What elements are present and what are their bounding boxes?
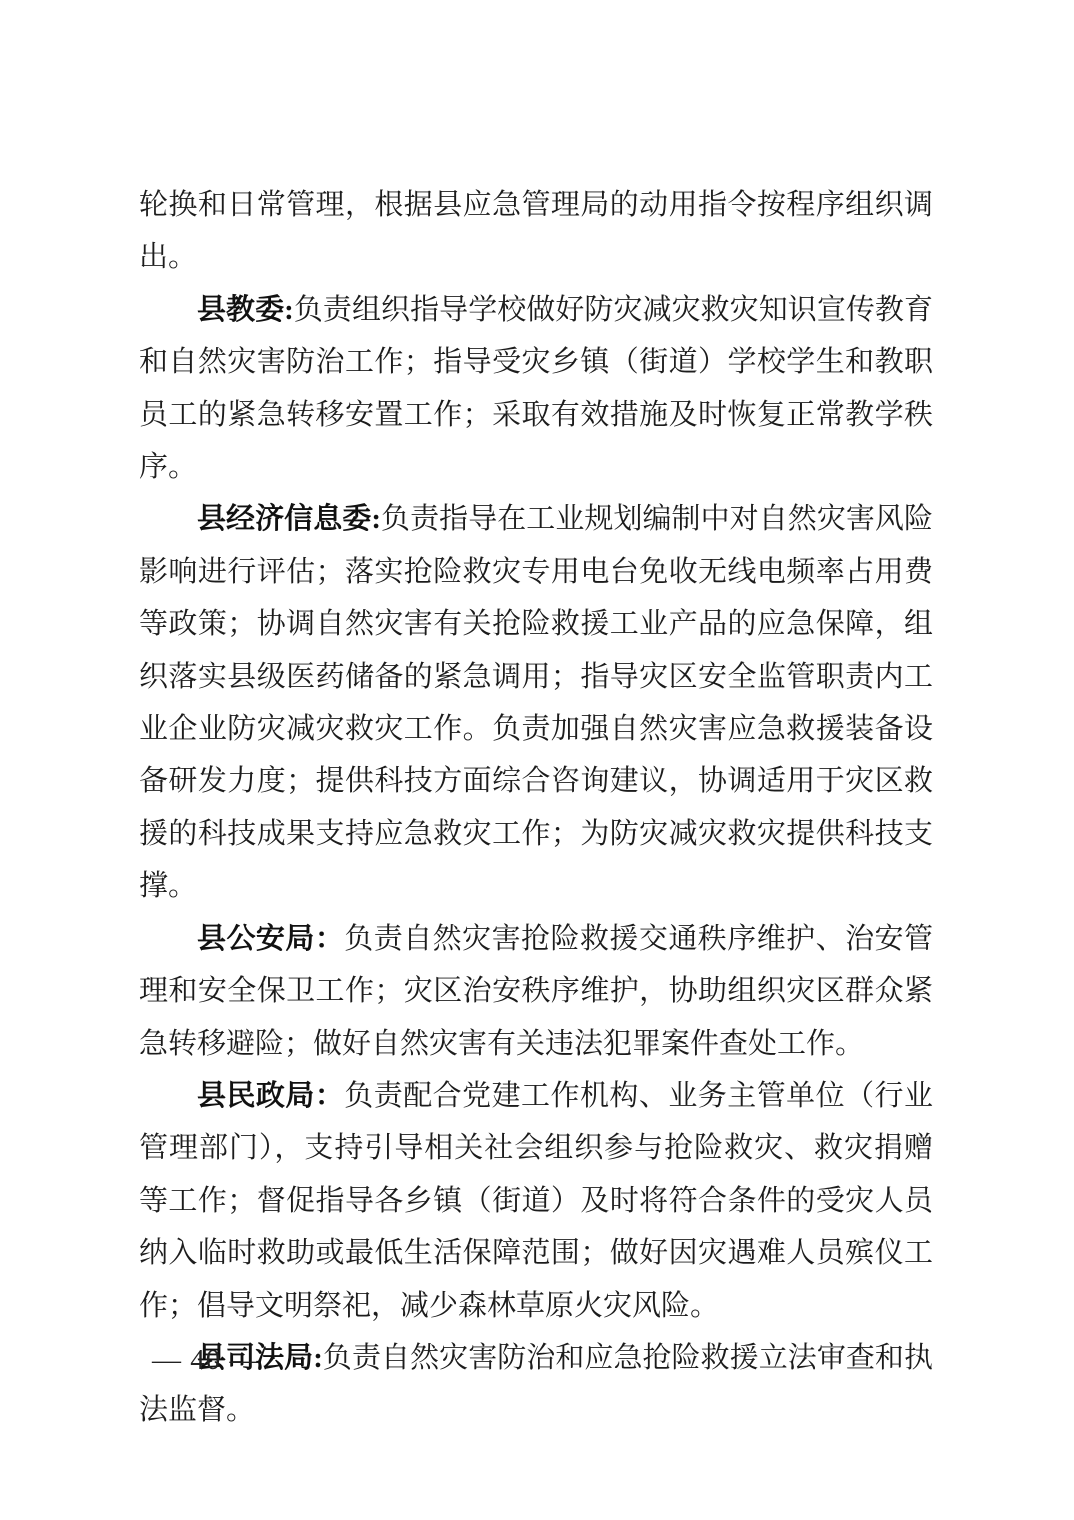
department-name: 县民政局： bbox=[197, 1080, 344, 1112]
department-name: 县经济信息委: bbox=[197, 503, 381, 535]
document-body: 轮换和日常管理，根据县应急管理局的动用指令按程序组织调出。 县教委:负责组织指导… bbox=[139, 179, 933, 1437]
paragraph-intro-continuation: 轮换和日常管理，根据县应急管理局的动用指令按程序组织调出。 bbox=[139, 179, 933, 284]
paragraph-text: 负责指导在工业规划编制中对自然灾害风险影响进行评估；落实抢险救灾专用电台免收无线… bbox=[139, 503, 933, 902]
department-name: 县教委: bbox=[197, 294, 294, 326]
paragraph-county-education-committee: 县教委:负责组织指导学校做好防灾减灾救灾知识宣传教育和自然灾害防治工作；指导受灾… bbox=[139, 284, 933, 494]
document-page: 轮换和日常管理，根据县应急管理局的动用指令按程序组织调出。 县教委:负责组织指导… bbox=[0, 0, 1074, 1520]
paragraph-county-civil-affairs-bureau: 县民政局：负责配合党建工作机构、业务主管单位（行业管理部门），支持引导相关社会组… bbox=[139, 1070, 933, 1332]
paragraph-text: 轮换和日常管理，根据县应急管理局的动用指令按程序组织调出。 bbox=[139, 189, 933, 273]
paragraph-county-public-security-bureau: 县公安局：负责自然灾害抢险救援交通秩序维护、治安管理和安全保卫工作；灾区治安秩序… bbox=[139, 913, 933, 1070]
paragraph-text: 负责配合党建工作机构、业务主管单位（行业管理部门），支持引导相关社会组织参与抢险… bbox=[139, 1080, 933, 1322]
paragraph-county-economy-information-committee: 县经济信息委:负责指导在工业规划编制中对自然灾害风险影响进行评估；落实抢险救灾专… bbox=[139, 493, 933, 912]
page-number: — 40 — bbox=[152, 1344, 260, 1377]
department-name: 县公安局： bbox=[197, 923, 344, 955]
